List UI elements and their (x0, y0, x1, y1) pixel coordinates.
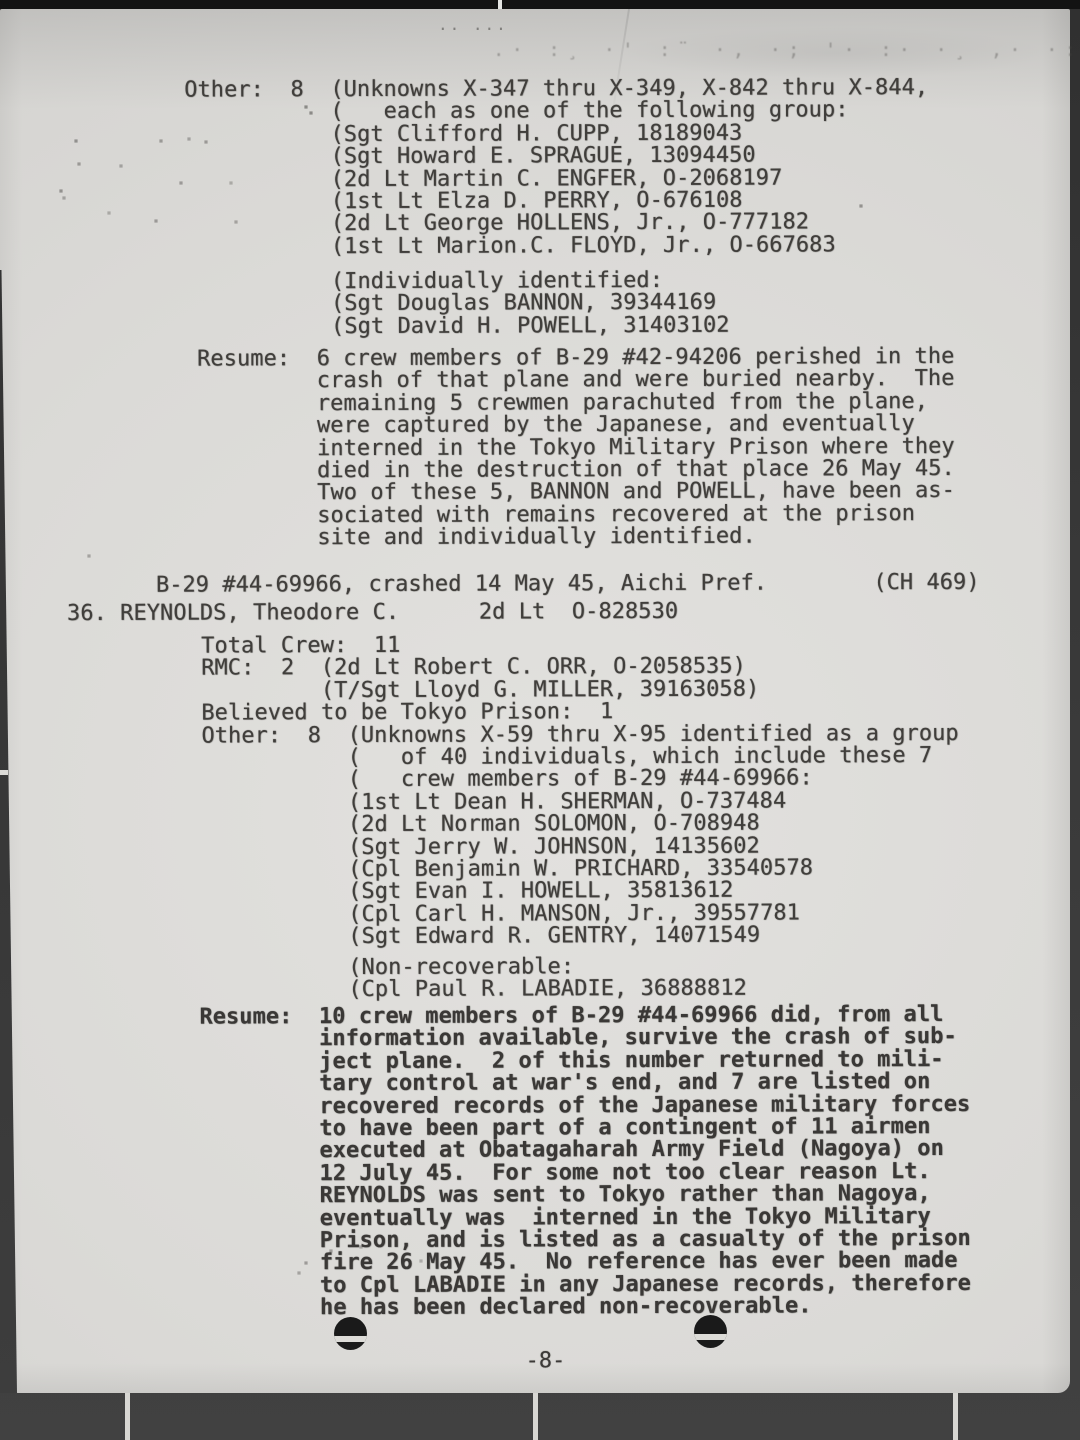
top-dark-strip (0, 0, 1080, 9)
block-resume-42-94206: Resume: 6 crew members of B-29 #42-94206… (197, 346, 955, 550)
typewritten-text-layer: Other: 8 (Unknowns X-347 thru X-349, X-8… (0, 6, 1073, 1394)
block-resume-44-69966: Resume: 10 crew members of B-29 #44-6996… (199, 1004, 971, 1320)
page-number: -8- (526, 1350, 566, 1373)
punch-hole-left (334, 1317, 367, 1350)
scanned-photo: .. ... .· :¸ ·' :¨ ·, ·; '· :· ·¸ ,· ·: … (0, 0, 1080, 1440)
block-entry-36-reynolds: 36. REYNOLDS, Theodore C. 2d Lt O-828530 (67, 601, 678, 626)
table-seam-top (498, 0, 502, 9)
table-seam-left (0, 770, 8, 775)
block-crash-header: B-29 #44-69966, crashed 14 May 45, Aichi… (156, 572, 980, 597)
block-unknowns-group: Other: 8 (Unknowns X-347 thru X-349, X-8… (184, 77, 929, 259)
paper-sheet: .. ... .· :¸ ·' :¨ ·, ·; '· :· ·¸ ,· ·: … (0, 9, 1070, 1393)
punch-hole-right (694, 1315, 727, 1348)
block-individually-identified: (Individually identified: (Sgt Douglas B… (331, 270, 730, 339)
block-non-recoverable: (Non-recoverable: (Cpl Paul R. LABADIE, … (348, 956, 747, 1002)
block-crew-details: Total Crew: 11 RMC: 2 (2d Lt Robert C. O… (201, 633, 959, 949)
